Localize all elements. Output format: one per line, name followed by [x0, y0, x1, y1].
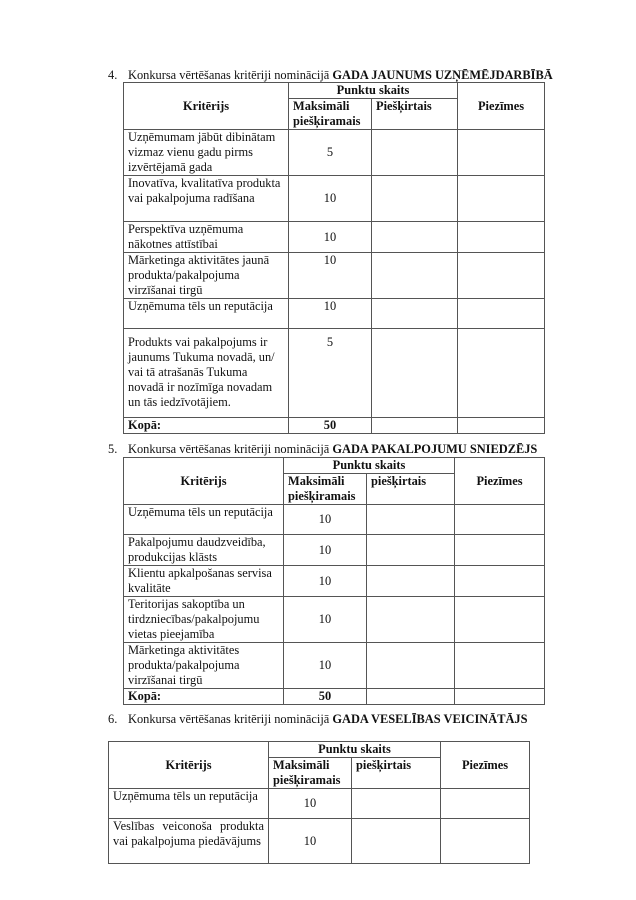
notes-cell[interactable] — [458, 176, 545, 222]
section-intro: Konkursa vērtēšanas kritēriji nominācijā — [128, 442, 332, 456]
max-points-cell: 10 — [289, 222, 372, 253]
total-label: Kopā: — [124, 418, 289, 434]
notes-cell[interactable] — [458, 130, 545, 176]
header-awarded: piešķirtais — [367, 474, 455, 505]
header-points: Punktu skaits — [284, 458, 455, 474]
criterion-cell: Veslības veiconoša produkta vai pakalpoj… — [109, 819, 269, 864]
criterion-cell: Uzņēmuma tēls un reputācija — [109, 789, 269, 819]
table-row: Uzņēmuma tēls un reputācija 10 — [124, 505, 545, 535]
max-points-cell: 10 — [284, 566, 367, 597]
notes-cell[interactable] — [455, 505, 545, 535]
awarded-points-cell[interactable] — [367, 535, 455, 566]
header-awarded: piešķirtais — [352, 758, 441, 789]
total-max-points: 50 — [289, 418, 372, 434]
criterion-cell: Uzņēmuma tēls un reputācija — [124, 299, 289, 329]
criterion-cell: Perspektīva uzņēmuma nākotnes attīstībai — [124, 222, 289, 253]
table-row: Inovatīva, kvalitatīva produkta vai paka… — [124, 176, 545, 222]
notes-cell[interactable] — [441, 819, 530, 864]
max-points-cell: 10 — [289, 176, 372, 222]
awarded-points-cell[interactable] — [372, 130, 458, 176]
awarded-points-cell[interactable] — [367, 597, 455, 643]
criterion-cell: Inovatīva, kvalitatīva produkta vai paka… — [124, 176, 289, 222]
awarded-points-cell[interactable] — [352, 819, 441, 864]
header-points: Punktu skaits — [269, 742, 441, 758]
section-5-heading: 5.Konkursa vērtēšanas kritēriji nomināci… — [108, 442, 537, 457]
total-notes-cell[interactable] — [455, 689, 545, 705]
awarded-points-cell[interactable] — [372, 176, 458, 222]
header-criterion: Kritērijs — [109, 742, 269, 789]
header-max: Maksimāli piešķiramais — [289, 99, 372, 130]
table-row: Klientu apkalpošanas servisa kvalitāte 1… — [124, 566, 545, 597]
awarded-points-cell[interactable] — [352, 789, 441, 819]
section-intro: Konkursa vērtēšanas kritēriji nominācijā — [128, 712, 332, 726]
table-row: Mārketinga aktivitātes jaunā produkta/pa… — [124, 253, 545, 299]
total-max-points: 50 — [284, 689, 367, 705]
section-6-heading: 6.Konkursa vērtēšanas kritēriji nomināci… — [108, 712, 528, 727]
max-points-cell: 10 — [284, 597, 367, 643]
total-row: Kopā: 50 — [124, 689, 545, 705]
table-row: Teritorijas sakoptība un tirdzniecības/p… — [124, 597, 545, 643]
notes-cell[interactable] — [455, 535, 545, 566]
criteria-table-6: Kritērijs Punktu skaits Piezīmes Maksimā… — [108, 741, 530, 864]
table-row: Uzņēmuma tēls un reputācija 10 — [109, 789, 530, 819]
total-awarded-cell[interactable] — [367, 689, 455, 705]
max-points-cell: 10 — [284, 643, 367, 689]
criterion-cell: Produkts vai pakalpojums ir jaunums Tuku… — [124, 329, 289, 418]
awarded-points-cell[interactable] — [372, 329, 458, 418]
criteria-table-4: Kritērijs Punktu skaits Piezīmes Maksimā… — [123, 82, 545, 434]
section-number: 5. — [108, 442, 128, 457]
criterion-cell: Uzņēmumam jābūt dibinātam vizmaz vienu g… — [124, 130, 289, 176]
table-row: Pakalpojumu daudzveidība, produkcijas kl… — [124, 535, 545, 566]
table-row: Uzņēmumam jābūt dibinātam vizmaz vienu g… — [124, 130, 545, 176]
section-4-heading: 4.Konkursa vērtēšanas kritēriji nomināci… — [108, 68, 553, 83]
criterion-cell: Mārketinga aktivitātes produkta/pakalpoj… — [124, 643, 284, 689]
max-points-cell: 10 — [289, 253, 372, 299]
section-intro: Konkursa vērtēšanas kritēriji nominācijā — [128, 68, 332, 82]
max-points-cell: 10 — [284, 505, 367, 535]
max-points-cell: 10 — [269, 819, 352, 864]
header-notes: Piezīmes — [458, 83, 545, 130]
table-row: Veslības veiconoša produkta vai pakalpoj… — [109, 819, 530, 864]
section-number: 4. — [108, 68, 128, 83]
max-points-cell: 10 — [269, 789, 352, 819]
criterion-cell: Uzņēmuma tēls un reputācija — [124, 505, 284, 535]
total-label: Kopā: — [124, 689, 284, 705]
header-max: Maksimāli piešķiramais — [269, 758, 352, 789]
awarded-points-cell[interactable] — [372, 253, 458, 299]
awarded-points-cell[interactable] — [372, 222, 458, 253]
criteria-table-5: Kritērijs Punktu skaits Piezīmes Maksimā… — [123, 457, 545, 705]
awarded-points-cell[interactable] — [367, 505, 455, 535]
notes-cell[interactable] — [458, 329, 545, 418]
criterion-cell: Klientu apkalpošanas servisa kvalitāte — [124, 566, 284, 597]
header-notes: Piezīmes — [455, 458, 545, 505]
criterion-cell: Pakalpojumu daudzveidība, produkcijas kl… — [124, 535, 284, 566]
section-number: 6. — [108, 712, 128, 727]
notes-cell[interactable] — [455, 566, 545, 597]
max-points-cell: 10 — [289, 299, 372, 329]
max-points-cell: 5 — [289, 130, 372, 176]
notes-cell[interactable] — [455, 597, 545, 643]
notes-cell[interactable] — [458, 253, 545, 299]
total-notes-cell[interactable] — [458, 418, 545, 434]
header-points: Punktu skaits — [289, 83, 458, 99]
header-criterion: Kritērijs — [124, 458, 284, 505]
notes-cell[interactable] — [455, 643, 545, 689]
table-row: Uzņēmuma tēls un reputācija 10 — [124, 299, 545, 329]
header-criterion: Kritērijs — [124, 83, 289, 130]
table-row: Produkts vai pakalpojums ir jaunums Tuku… — [124, 329, 545, 418]
nomination-title: GADA PAKALPOJUMU SNIEDZĒJS — [332, 442, 537, 456]
nomination-title: GADA JAUNUMS UZŅĒMĒJDARBĪBĀ — [332, 68, 552, 82]
header-notes: Piezīmes — [441, 742, 530, 789]
awarded-points-cell[interactable] — [367, 566, 455, 597]
total-row: Kopā: 50 — [124, 418, 545, 434]
notes-cell[interactable] — [458, 299, 545, 329]
notes-cell[interactable] — [458, 222, 545, 253]
total-awarded-cell[interactable] — [372, 418, 458, 434]
table-row: Perspektīva uzņēmuma nākotnes attīstībai… — [124, 222, 545, 253]
notes-cell[interactable] — [441, 789, 530, 819]
table-row: Mārketinga aktivitātes produkta/pakalpoj… — [124, 643, 545, 689]
awarded-points-cell[interactable] — [367, 643, 455, 689]
nomination-title: GADA VESELĪBAS VEICINĀTĀJS — [332, 712, 527, 726]
awarded-points-cell[interactable] — [372, 299, 458, 329]
max-points-cell: 10 — [284, 535, 367, 566]
criterion-cell: Mārketinga aktivitātes jaunā produkta/pa… — [124, 253, 289, 299]
header-max: Maksimāli piešķiramais — [284, 474, 367, 505]
criterion-cell: Teritorijas sakoptība un tirdzniecības/p… — [124, 597, 284, 643]
max-points-cell: 5 — [289, 329, 372, 418]
header-awarded: Piešķirtais — [372, 99, 458, 130]
